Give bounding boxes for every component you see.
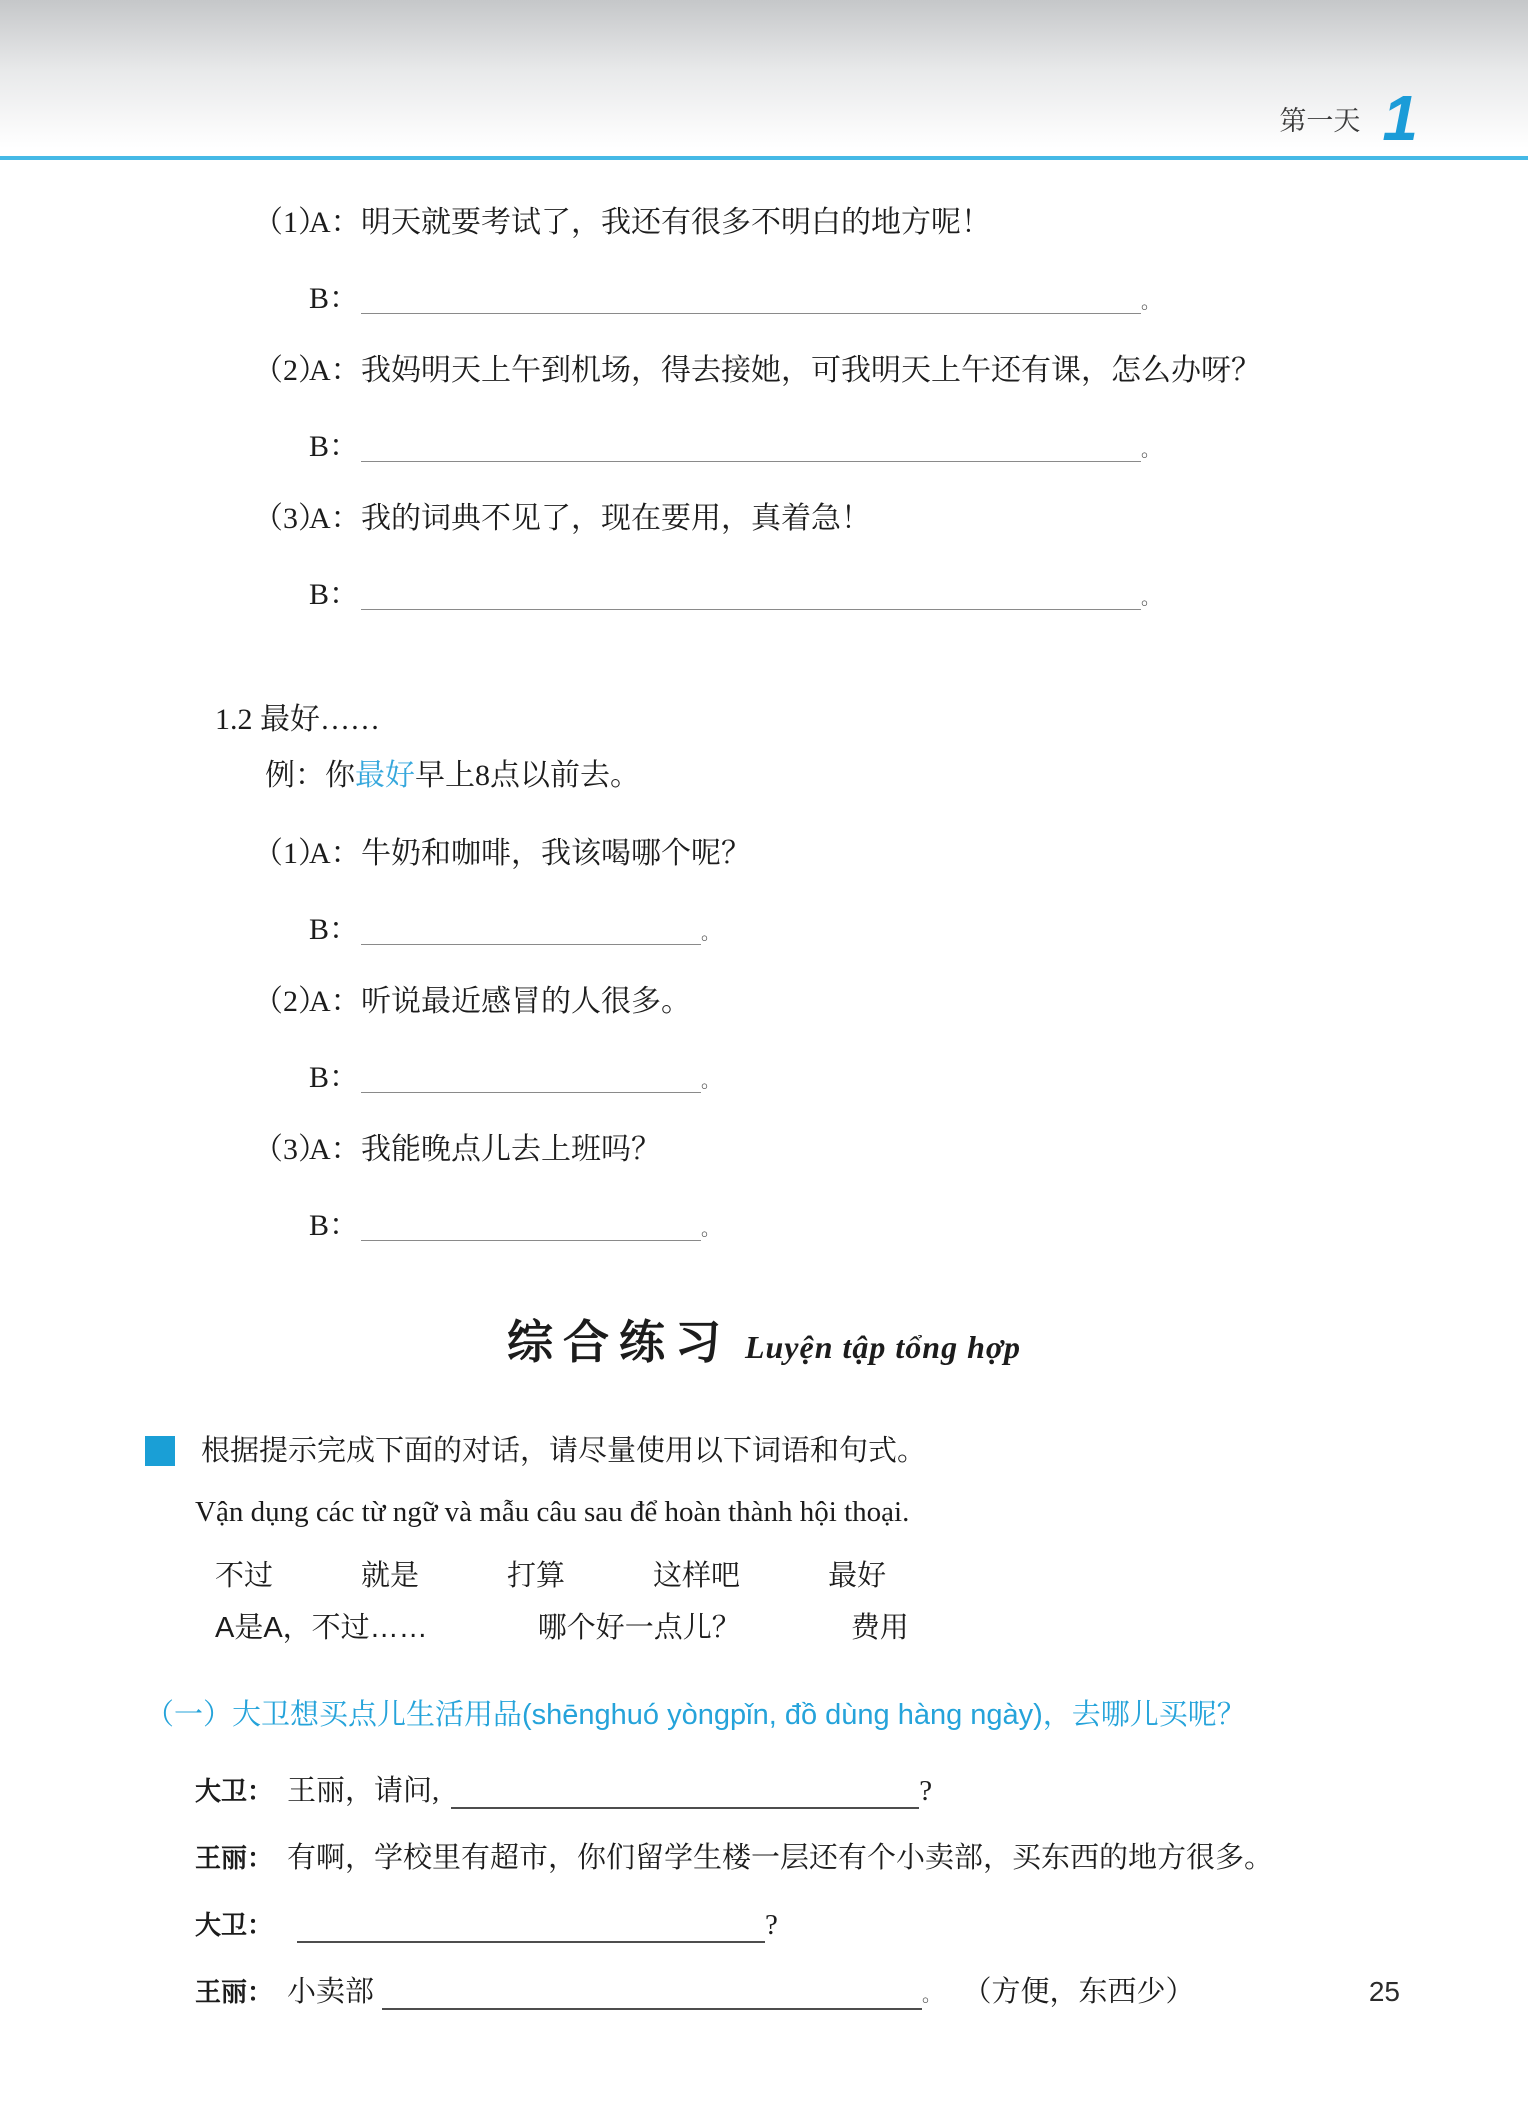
instruction-zh: 根据提示完成下面的对话，请尽量使用以下词语和句式。 (201, 1432, 926, 1470)
chapter-header: 第一天 1 (1279, 88, 1418, 148)
speaker-label: 王丽： (195, 1839, 287, 1877)
section-title: 综合练习Luyện tập tổng hợp (0, 1313, 1528, 1384)
speaker-a-label: A： (309, 984, 361, 1020)
answer-blank (361, 917, 701, 945)
period-mark: 。 (922, 1985, 941, 2006)
qa-item-2: （2）A：听说最近感冒的人很多。 B：。 (253, 984, 1398, 1100)
example-highlight: 最好 (355, 759, 415, 792)
speaker-a-label: A： (309, 836, 361, 872)
section-1-2-heading: 1.2 最好…… (215, 702, 1398, 738)
speaker-a-label: A： (309, 1132, 361, 1168)
section-1-2: （1）A：牛奶和咖啡，我该喝哪个呢？ B：。 （2）A：听说最近感冒的人很多。 … (253, 836, 1398, 1248)
item-number: （3） (253, 1132, 309, 1168)
period-mark: 。 (701, 1071, 720, 1092)
chapter-label: 第一天 (1279, 99, 1360, 148)
period-mark: 。 (1141, 440, 1160, 461)
word-bank-item: 就是 (361, 1558, 419, 1594)
item-number: （1） (253, 836, 309, 872)
prompt-text: 我的词典不见了，现在要用，真着急！ (361, 502, 871, 535)
word-bank-item: 费用 (851, 1610, 909, 1646)
word-bank-item: 这样吧 (653, 1558, 740, 1594)
word-bank-item: 打算 (507, 1558, 565, 1594)
word-bank: 不过就是打算这样吧最好 A是A，不过……哪个好一点儿？费用 (215, 1558, 1398, 1646)
blue-square-bullet-icon (145, 1436, 175, 1466)
dialogue-line-3: 大卫：? (195, 1906, 1398, 1944)
speaker-b-label: B： (309, 281, 361, 317)
dialogue-hint: （方便，东西少） (977, 1976, 1195, 2008)
chapter-number: 1 (1382, 88, 1418, 148)
speaker-b-label: B： (309, 577, 361, 613)
dialogue: 大卫：王丽，请问,? 王丽：有啊，学校里有超市，你们留学生楼一层还有个小卖部，买… (195, 1772, 1398, 2015)
answer-blank (361, 1065, 701, 1093)
example-sentence: 例：你最好早上8点以前去。 (253, 758, 1398, 794)
instruction-vi: Vận dụng các từ ngữ và mẫu câu sau để ho… (195, 1494, 1398, 1530)
example-prefix: 例：你 (265, 759, 355, 792)
speaker-a-label: A： (309, 353, 361, 389)
page-header-band: 第一天 1 (0, 0, 1528, 160)
period-mark: 。 (1141, 292, 1160, 313)
item-number: （2） (253, 353, 309, 389)
answer-blank (451, 1779, 919, 1809)
speaker-label: 大卫： (195, 1772, 287, 1810)
dialogue-text: 王丽，请问, (287, 1775, 439, 1807)
dialogue-line-4: 王丽：小卖部。（方便，东西少） (195, 1973, 1398, 2015)
prompt-text: 牛奶和咖啡，我该喝哪个呢？ (361, 837, 751, 870)
answer-blank (361, 434, 1141, 462)
answer-blank (297, 1913, 765, 1943)
prompt-text: 明天就要考试了，我还有很多不明白的地方呢！ (361, 206, 991, 239)
speaker-a-label: A： (309, 205, 361, 241)
speaker-a-label: A： (309, 501, 361, 537)
task-heading: （一）大卫想买点儿生活用品(shēnghuó yòngpǐn, đồ dùng … (145, 1696, 1398, 1734)
qa-item-2: （2）A：我妈明天上午到机场，得去接她，可我明天上午还有课，怎么办呀？ B：。 (253, 353, 1398, 469)
word-bank-item: 最好 (828, 1558, 886, 1594)
answer-blank (382, 1980, 922, 2010)
dialogue-line-2: 王丽：有啊，学校里有超市，你们留学生楼一层还有个小卖部，买东西的地方很多。 (195, 1839, 1398, 1877)
question-mark: ? (919, 1775, 932, 1807)
word-bank-item: A是A，不过…… (215, 1610, 428, 1646)
instruction-line: 根据提示完成下面的对话，请尽量使用以下词语和句式。 (145, 1432, 1398, 1470)
prompt-text: 听说最近感冒的人很多。 (361, 985, 691, 1018)
qa-item-3: （3）A：我能晚点儿去上班吗？ B：。 (253, 1132, 1398, 1248)
qa-item-3: （3）A：我的词典不见了，现在要用，真着急！ B：。 (253, 501, 1398, 617)
section-title-zh: 综合练习 (507, 1317, 731, 1368)
period-mark: 。 (701, 923, 720, 944)
qa-item-1: （1）A：牛奶和咖啡，我该喝哪个呢？ B：。 (253, 836, 1398, 952)
speaker-b-label: B： (309, 429, 361, 465)
item-number: （3） (253, 501, 309, 537)
speaker-b-label: B： (309, 1060, 361, 1096)
dialogue-text: 小卖部 (287, 1976, 374, 2008)
section-1-1: （1）A：明天就要考试了，我还有很多不明白的地方呢！ B：。 （2）A：我妈明天… (253, 205, 1398, 617)
answer-blank (361, 1213, 701, 1241)
item-number: （2） (253, 984, 309, 1020)
qa-item-1: （1）A：明天就要考试了，我还有很多不明白的地方呢！ B：。 (253, 205, 1398, 321)
page-number: 25 (1369, 1976, 1400, 2008)
period-mark: 。 (701, 1219, 720, 1240)
prompt-text: 我妈明天上午到机场，得去接她，可我明天上午还有课，怎么办呀？ (361, 354, 1261, 387)
speaker-label: 大卫： (195, 1906, 287, 1944)
textbook-page: 第一天 1 （1）A：明天就要考试了，我还有很多不明白的地方呢！ B：。 （2）… (0, 0, 1528, 2119)
item-number: （1） (253, 205, 309, 241)
prompt-text: 我能晚点儿去上班吗？ (361, 1133, 661, 1166)
dialogue-text: 有啊，学校里有超市，你们留学生楼一层还有个小卖部，买东西的地方很多。 (287, 1842, 1273, 1874)
dialogue-line-1: 大卫：王丽，请问,? (195, 1772, 1398, 1810)
example-suffix: 早上8点以前去。 (415, 759, 640, 792)
answer-blank (361, 286, 1141, 314)
question-mark: ? (765, 1909, 778, 1941)
section-title-vi: Luyện tập tổng hợp (745, 1329, 1021, 1365)
speaker-b-label: B： (309, 912, 361, 948)
speaker-b-label: B： (309, 1208, 361, 1244)
word-bank-item: 不过 (215, 1558, 273, 1594)
period-mark: 。 (1141, 588, 1160, 609)
answer-blank (361, 582, 1141, 610)
page-content: （1）A：明天就要考试了，我还有很多不明白的地方呢！ B：。 （2）A：我妈明天… (0, 160, 1528, 2015)
word-bank-item: 哪个好一点儿？ (538, 1610, 741, 1646)
speaker-label: 王丽： (195, 1973, 287, 2011)
